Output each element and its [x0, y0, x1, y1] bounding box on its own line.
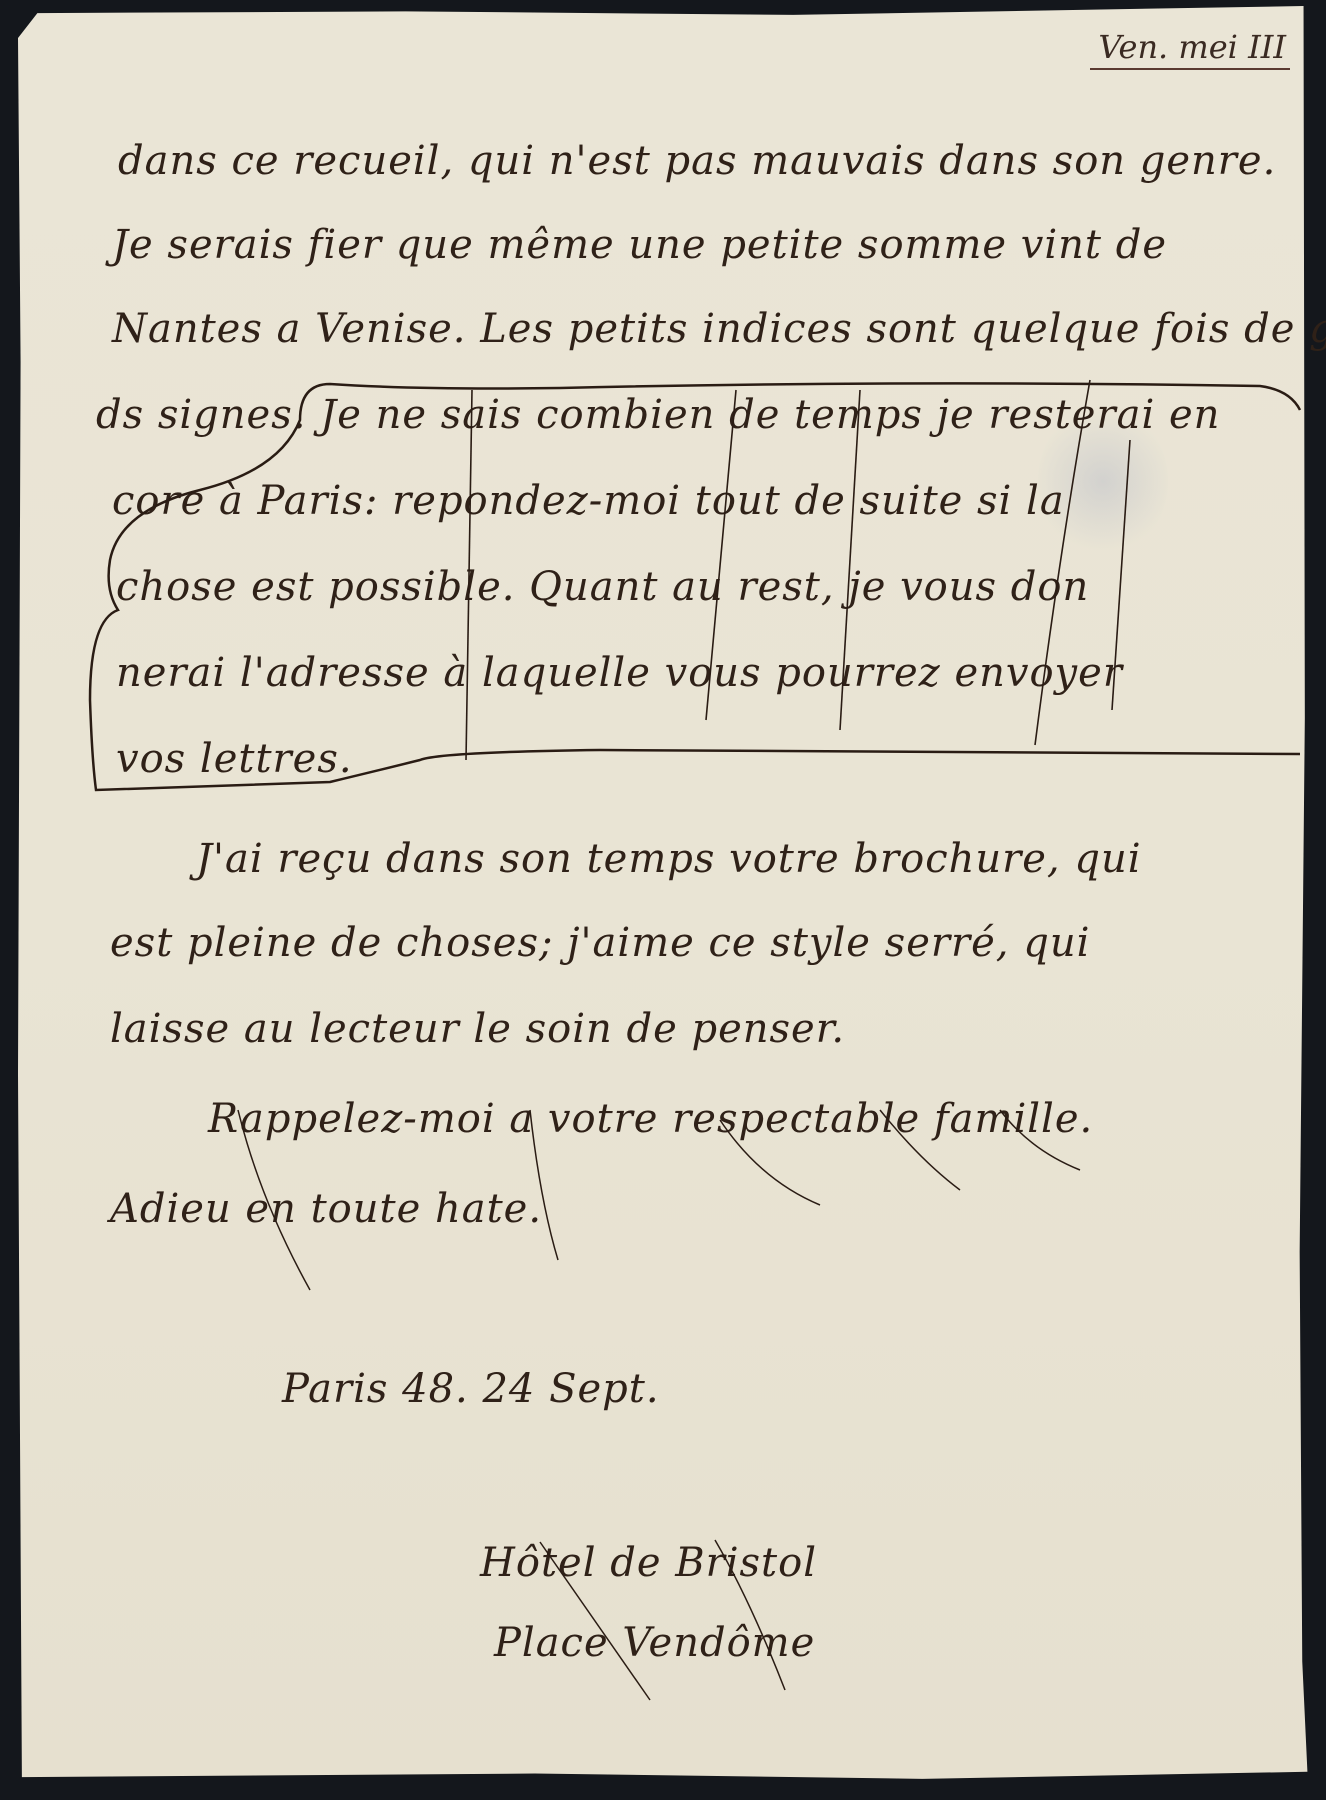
letter-line-1: dans ce recueil, qui n'est pas mauvais d… [118, 138, 1276, 184]
letter-line-13: Adieu en toute hate. [110, 1186, 542, 1232]
letter-line-10: est pleine de choses; j'aime ce style se… [110, 920, 1090, 966]
letter-line-2: Je serais fier que même une petite somme… [112, 222, 1167, 268]
letter-line-3: Nantes a Venise. Les petits indices sont… [112, 306, 1326, 352]
letter-line-12: Rappelez-moi a votre respectable famille… [208, 1096, 1093, 1142]
letter-line-7: nerai l'adresse à laquelle vous pourrez … [116, 650, 1123, 696]
letter-line-8: vos lettres. [116, 736, 353, 782]
letter-line-5: core à Paris: repondez-moi tout de suite… [112, 478, 1065, 524]
letter-line-6: chose est possible. Quant au rest, je vo… [116, 564, 1089, 610]
address-line-2: Place Vendôme [494, 1620, 815, 1666]
archive-reference: Ven. mei III [1090, 28, 1290, 70]
letter-line-11: laisse au lecteur le soin de penser. [110, 1006, 845, 1052]
letter-line-4: ds signes. Je ne sais combien de temps j… [96, 392, 1220, 438]
dateline: Paris 48. 24 Sept. [282, 1366, 660, 1412]
address-line-1: Hôtel de Bristol [480, 1540, 817, 1586]
letter-line-9: J'ai reçu dans son temps votre brochure,… [196, 836, 1142, 882]
letter-sheet [18, 6, 1310, 1786]
